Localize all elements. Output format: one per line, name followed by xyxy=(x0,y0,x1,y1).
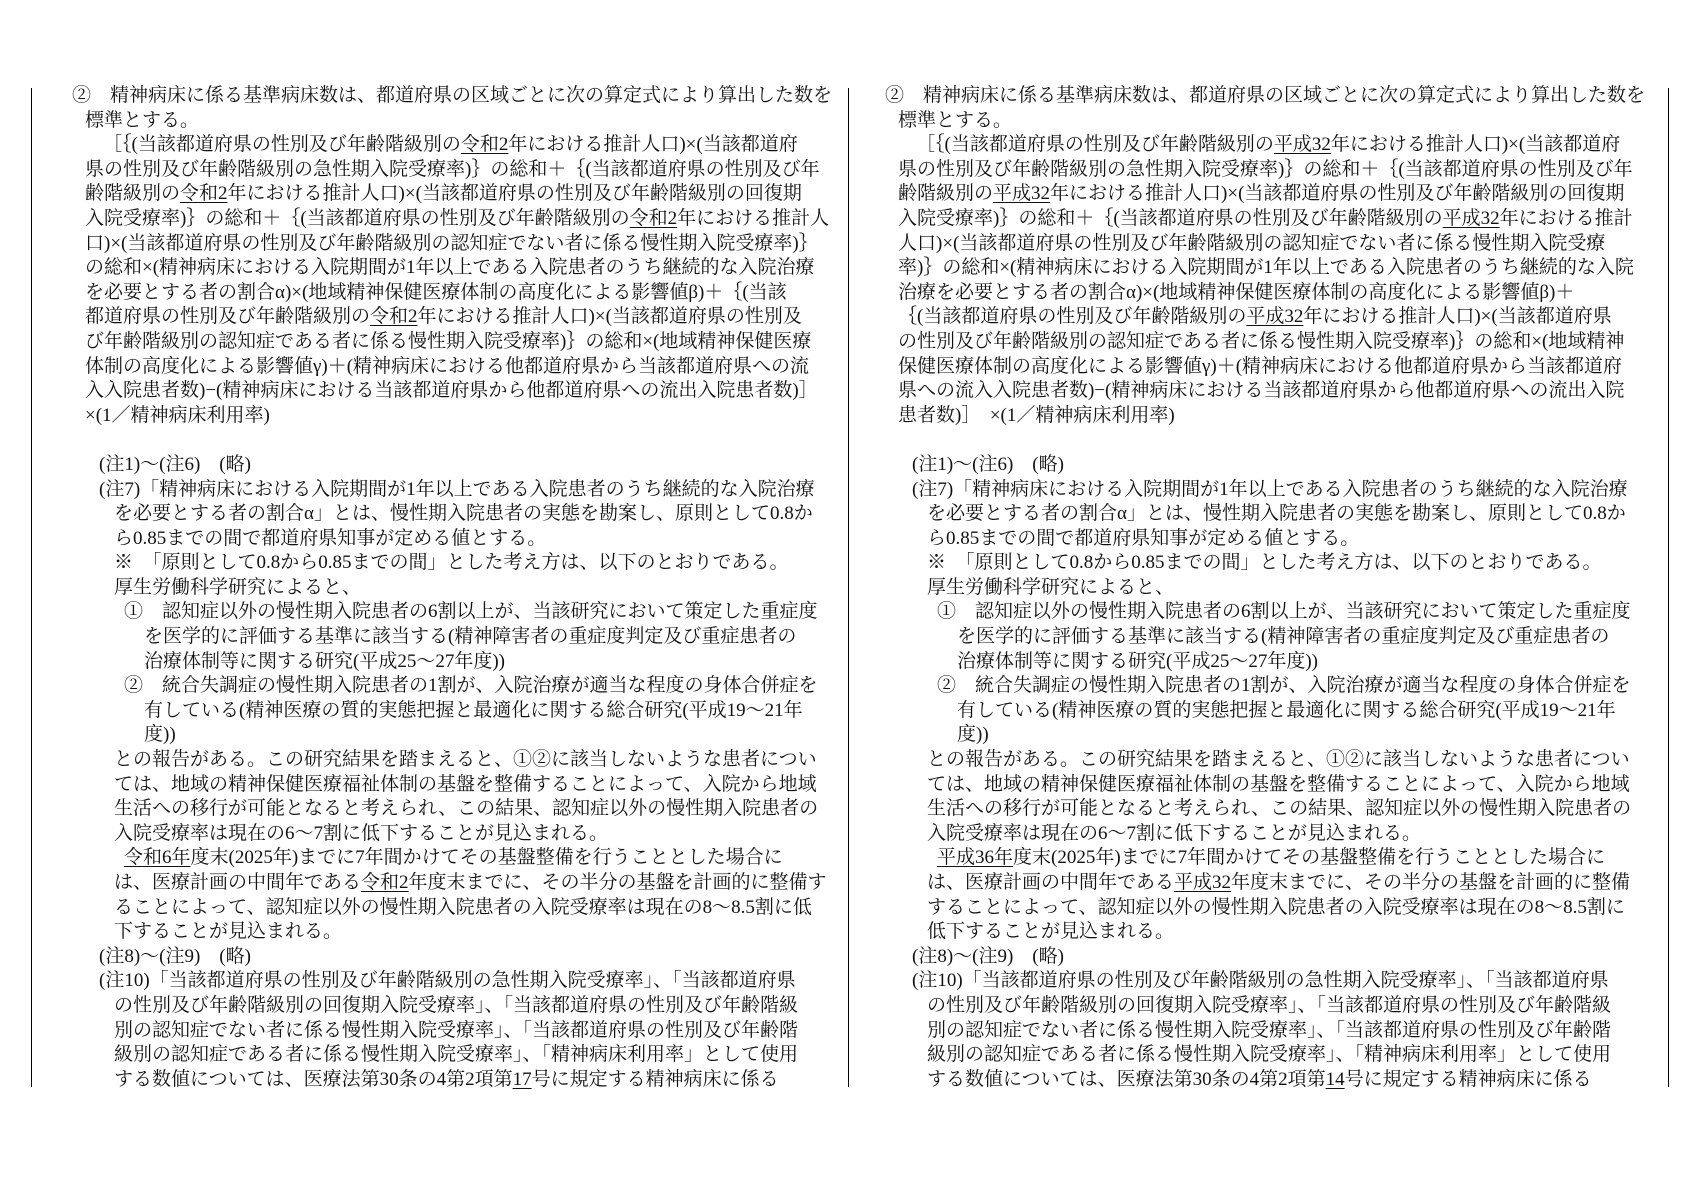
text-line: (注10)「当該都道府県の性別及び年齢階級別の急性期入院受療率」、「当該都道府県 xyxy=(912,969,1661,994)
text-run: 県の性別及び年齢階級別の急性期入院受療率)｝の総和＋｛(当該都道府県の性別及び年 xyxy=(85,159,820,180)
text-run: 生活への移行が可能となると考えられ、この結果、認知症以外の慢性期入院患者の xyxy=(114,798,818,819)
text-line: 治療体制等に関する研究(平成25～27年度)) xyxy=(957,650,1661,675)
text-line: 下することが見込まれる。 xyxy=(114,920,848,945)
text-run: を必要とする者の割合α」とは、慢性期入院患者の実態を勘案し、原則として0.8か xyxy=(927,503,1626,524)
text-line: を必要とする者の割合α」とは、慢性期入院患者の実態を勘案し、原則として0.8か xyxy=(927,502,1661,527)
changed-text: 平成32 xyxy=(1443,208,1500,229)
text-run: ｛(当該都道府県の性別及び年齢階級別の xyxy=(898,306,1246,327)
text-run: (注10)「当該都道府県の性別及び年齢階級別の急性期入院受療率」、「当該都道府県 xyxy=(912,970,1609,991)
text-run: ら0.85までの間で都道府県知事が定める値とする。 xyxy=(114,528,546,549)
text-run: ② 精神病床に係る基準病床数は、都道府県の区域ごとに次の算定式により算出した数を xyxy=(885,85,1645,106)
text-line: 患者数)］ ×(1／精神病床利用率) xyxy=(898,404,1661,429)
text-line: ｛(当該都道府県の性別及び年齢階級別の平成32年における推計人口)×(当該都道府… xyxy=(898,305,1661,330)
text-line: ［｛(当該都道府県の性別及び年齢階級別の令和2年における推計人口)×(当該都道府 xyxy=(103,133,848,158)
text-line: 齢階級別の平成32年における推計人口)×(当該都道府県の性別及び年齢階級別の回復… xyxy=(898,182,1661,207)
text-run: 度末(2025年)までに7年間かけてその基盤整備を行うこととした場合に xyxy=(191,847,783,868)
text-run: 治療体制等に関する研究(平成25～27年度)) xyxy=(144,651,505,672)
text-run: 年度末までに、その半分の基盤を計画的に整備 xyxy=(1231,872,1630,893)
changed-text: 令和2 xyxy=(630,208,678,229)
text-line: 体制の高度化による影響値γ)＋(精神病床における他都道府県から当該都道府県への流 xyxy=(85,355,848,380)
text-line: (注8)～(注9) (略) xyxy=(99,945,848,970)
text-line: 平成36年度末(2025年)までに7年間かけてその基盤整備を行うこととした場合に xyxy=(937,846,1661,871)
text-run: 齢階級別の xyxy=(85,183,180,204)
text-line: ら0.85までの間で都道府県知事が定める値とする。 xyxy=(114,527,848,552)
text-run: 低下することが見込まれる。 xyxy=(927,921,1174,942)
text-line: 級別の認知症である者に係る慢性期入院受療率」、「精神病床利用率」として使用 xyxy=(927,1043,1661,1068)
text-line: 低下することが見込まれる。 xyxy=(927,920,1661,945)
text-line: ① 認知症以外の慢性期入院患者の6割以上が、当該研究において策定した重症度 xyxy=(937,600,1661,625)
text-line: 齢階級別の令和2年における推計人口)×(当該都道府県の性別及び年齢階級別の回復期 xyxy=(85,182,848,207)
text-line: する数値については、医療法第30条の4第2項第17号に規定する精神病床に係る xyxy=(114,1068,848,1093)
text-line: の性別及び年齢階級別の認知症である者に係る慢性期入院受療率)｝の総和×(地域精神 xyxy=(898,330,1661,355)
text-line: の性別及び年齢階級別の回復期入院受療率」、「当該都道府県の性別及び年齢階級 xyxy=(927,994,1661,1019)
text-line: 生活への移行が可能となると考えられ、この結果、認知症以外の慢性期入院患者の xyxy=(927,797,1661,822)
text-run: 率)｝の総和×(精神病床における入院期間が1年以上である入院患者のうち継続的な入… xyxy=(898,257,1634,278)
text-run: ［｛(当該都道府県の性別及び年齢階級別の xyxy=(103,134,461,155)
text-run: 県の性別及び年齢階級別の急性期入院受療率)｝の総和＋｛(当該都道府県の性別及び年 xyxy=(898,159,1633,180)
text-line: する数値については、医療法第30条の4第2項第14号に規定する精神病床に係る xyxy=(927,1068,1661,1093)
text-run: (注10)「当該都道府県の性別及び年齢階級別の急性期入院受療率」、「当該都道府県 xyxy=(99,970,796,991)
changed-text: 14 xyxy=(1326,1069,1345,1090)
changed-text: 令和2 xyxy=(461,134,509,155)
text-run: 口)×(当該都道府県の性別及び年齢階級別の認知症でない者に係る慢性期入院受療率)… xyxy=(85,233,818,254)
text-line: 人口)×(当該都道府県の性別及び年齢階級別の認知症でない者に係る慢性期入院受療 xyxy=(898,232,1661,257)
text-run: 年度末までに、その半分の基盤を計画的に整備す xyxy=(409,872,827,893)
text-line: 別の認知症でない者に係る慢性期入院受療率」、「当該都道府県の性別及び年齢階 xyxy=(114,1019,848,1044)
text-line: 厚生労働科学研究によると、 xyxy=(114,576,848,601)
text-line: (注10)「当該都道府県の性別及び年齢階級別の急性期入院受療率」、「当該都道府県 xyxy=(99,969,848,994)
text-run: 有している(精神医療の質的実態把握と最適化に関する総合研究(平成19～21年 xyxy=(957,700,1616,721)
text-line: 別の認知症でない者に係る慢性期入院受療率」、「当該都道府県の性別及び年齢階 xyxy=(927,1019,1661,1044)
text-line: ［｛(当該都道府県の性別及び年齢階級別の平成32年における推計人口)×(当該都道… xyxy=(916,133,1661,158)
text-line: の総和×(精神病床における入院期間が1年以上である入院患者のうち継続的な入院治療 xyxy=(85,256,848,281)
text-run: 有している(精神医療の質的実態把握と最適化に関する総合研究(平成19～21年 xyxy=(144,700,803,721)
text-run: 年における推計人口)×(当該都道府県の性別及び年齢階級別の回復期 xyxy=(1050,183,1624,204)
text-run: 度末(2025年)までに7年間かけてその基盤整備を行うこととした場合に xyxy=(1013,847,1605,868)
changed-text: 17 xyxy=(513,1069,532,1090)
text-line: ることによって、認知症以外の慢性期入院患者の入院受療率は現在の8～8.5割に低 xyxy=(114,896,848,921)
text-run: 年における推計人口)×(当該都道府県の性別及び年齢階級別の回復期 xyxy=(228,183,802,204)
text-line: (注7)「精神病床における入院期間が1年以上である入院患者のうち継続的な入院治療 xyxy=(99,478,848,503)
text-run: 厚生労働科学研究によると、 xyxy=(927,577,1174,598)
text-line: 生活への移行が可能となると考えられ、この結果、認知症以外の慢性期入院患者の xyxy=(114,797,848,822)
text-line: (注7)「精神病床における入院期間が1年以上である入院患者のうち継続的な入院治療 xyxy=(912,478,1661,503)
document-page: ② 精神病床に係る基準病床数は、都道府県の区域ごとに次の算定式により算出した数を… xyxy=(0,0,1695,1181)
text-run: 生活への移行が可能となると考えられ、この結果、認知症以外の慢性期入院患者の xyxy=(927,798,1631,819)
text-run: (注7)「精神病床における入院期間が1年以上である入院患者のうち継続的な入院治療 xyxy=(912,479,1628,500)
text-run: 都道府県の性別及び年齢階級別の xyxy=(85,306,370,327)
text-line: 令和6年度末(2025年)までに7年間かけてその基盤整備を行うこととした場合に xyxy=(124,846,848,871)
text-run: 入院受療率は現在の6～7割に低下することが見込まれる。 xyxy=(927,823,1421,844)
text-run: を医学的に評価する基準に該当する(精神障害者の重症度判定及び重症患者の xyxy=(144,626,796,647)
changed-text: 令和6年 xyxy=(124,847,191,868)
text-line: を医学的に評価する基準に該当する(精神障害者の重症度判定及び重症患者の xyxy=(144,625,848,650)
text-run: の性別及び年齢階級別の認知症である者に係る慢性期入院受療率)｝の総和×(地域精神 xyxy=(898,331,1624,352)
text-run: することによって、認知症以外の慢性期入院患者の入院受療率は現在の8～8.5割に xyxy=(927,897,1625,918)
text-line: ② 精神病床に係る基準病床数は、都道府県の区域ごとに次の算定式により算出した数を xyxy=(72,84,848,109)
text-run: 保健医療体制の高度化による影響値γ)＋(精神病床における他都道府県から当該都道府 xyxy=(898,356,1622,377)
text-line: 有している(精神医療の質的実態把握と最適化に関する総合研究(平成19～21年 xyxy=(144,699,848,724)
column-right: ② 精神病床に係る基準病床数は、都道府県の区域ごとに次の算定式により算出した数を… xyxy=(885,84,1661,1092)
text-line: 治療体制等に関する研究(平成25～27年度)) xyxy=(144,650,848,675)
text-run: を必要とする者の割合α)×(地域精神保健医療体制の高度化による影響値β)＋｛(当… xyxy=(85,282,787,303)
table-border-left xyxy=(31,88,32,1087)
text-line: 率)｝の総和×(精神病床における入院期間が1年以上である入院患者のうち継続的な入… xyxy=(898,256,1661,281)
text-run: 年における推計人口)×(当該都道府県の性別及 xyxy=(418,306,802,327)
text-run: ら0.85までの間で都道府県知事が定める値とする。 xyxy=(927,528,1359,549)
text-run: ※ 「原則として0.8から0.85までの間」とした考え方は、以下のとおりである。 xyxy=(114,552,789,573)
text-run: び年齢階級別の認知症である者に係る慢性期入院受療率)｝の総和×(地域精神保健医療 xyxy=(85,331,811,352)
text-run: 県への流入入院患者数)−(精神病床における当該都道府県から他都道府県への流出入院 xyxy=(898,380,1624,401)
text-run: 級別の認知症である者に係る慢性期入院受療率」、「精神病床利用率」として使用 xyxy=(114,1044,798,1065)
text-run: 入院受療率は現在の6～7割に低下することが見込まれる。 xyxy=(114,823,608,844)
text-run: 号に規定する精神病床に係る xyxy=(1345,1069,1592,1090)
text-run: 治療体制等に関する研究(平成25～27年度)) xyxy=(957,651,1318,672)
text-line: 入入院患者数)−(精神病床における当該都道府県から他都道府県への流出入院患者数)… xyxy=(85,379,848,404)
changed-text: 平成36年 xyxy=(937,847,1013,868)
changed-text: 平成32 xyxy=(1174,872,1231,893)
text-run: する数値については、医療法第30条の4第2項第 xyxy=(114,1069,513,1090)
text-run: 人口)×(当該都道府県の性別及び年齢階級別の認知症でない者に係る慢性期入院受療 xyxy=(898,233,1605,254)
text-run: 下することが見込まれる。 xyxy=(114,921,342,942)
text-line: 有している(精神医療の質的実態把握と最適化に関する総合研究(平成19～21年 xyxy=(957,699,1661,724)
table-border-right xyxy=(1668,88,1669,1087)
text-run: 度)) xyxy=(144,724,176,745)
text-line: を必要とする者の割合α)×(地域精神保健医療体制の高度化による影響値β)＋｛(当… xyxy=(85,281,848,306)
text-line: (注8)～(注9) (略) xyxy=(912,945,1661,970)
text-run: ることによって、認知症以外の慢性期入院患者の入院受療率は現在の8～8.5割に低 xyxy=(114,897,812,918)
text-line: 保健医療体制の高度化による影響値γ)＋(精神病床における他都道府県から当該都道府 xyxy=(898,355,1661,380)
text-run: 厚生労働科学研究によると、 xyxy=(114,577,361,598)
text-line: することによって、認知症以外の慢性期入院患者の入院受療率は現在の8～8.5割に xyxy=(927,896,1661,921)
text-line: ては、地域の精神保健医療福祉体制の基盤を整備することによって、入院から地域 xyxy=(927,773,1661,798)
blank-line xyxy=(898,428,1661,453)
text-line: ② 統合失調症の慢性期入院患者の1割が、入院治療が適当な程度の身体合併症を xyxy=(937,674,1661,699)
text-line: ② 統合失調症の慢性期入院患者の1割が、入院治療が適当な程度の身体合併症を xyxy=(124,674,848,699)
text-run: 標準とする。 xyxy=(898,110,1012,131)
text-run: (注1)～(注6) (略) xyxy=(912,454,1064,475)
text-line: ※ 「原則として0.8から0.85までの間」とした考え方は、以下のとおりである。 xyxy=(114,551,848,576)
text-run: ② 統合失調症の慢性期入院患者の1割が、入院治療が適当な程度の身体合併症を xyxy=(937,675,1631,696)
text-line: 入院受療率は現在の6～7割に低下することが見込まれる。 xyxy=(927,822,1661,847)
text-run: ［｛(当該都道府県の性別及び年齢階級別の xyxy=(916,134,1274,155)
column-divider xyxy=(848,88,849,1087)
text-run: 別の認知症でない者に係る慢性期入院受療率」、「当該都道府県の性別及び年齢階 xyxy=(114,1020,798,1041)
text-line: ら0.85までの間で都道府県知事が定める値とする。 xyxy=(927,527,1661,552)
text-line: (注1)～(注6) (略) xyxy=(912,453,1661,478)
text-run: の性別及び年齢階級別の回復期入院受療率」、「当該都道府県の性別及び年齢階級 xyxy=(927,995,1611,1016)
changed-text: 令和2 xyxy=(370,306,418,327)
changed-text: 平成32 xyxy=(1274,134,1331,155)
text-run: 年における推計人口)×(当該都道府 xyxy=(508,134,797,155)
text-line: ※ 「原則として0.8から0.85までの間」とした考え方は、以下のとおりである。 xyxy=(927,551,1661,576)
text-run: (注1)～(注6) (略) xyxy=(99,454,251,475)
text-run: 治療を必要とする者の割合α)×(地域精神保健医療体制の高度化による影響値β)＋ xyxy=(898,282,1574,303)
text-line: ② 精神病床に係る基準病床数は、都道府県の区域ごとに次の算定式により算出した数を xyxy=(885,84,1661,109)
text-line: を医学的に評価する基準に該当する(精神障害者の重症度判定及び重症患者の xyxy=(957,625,1661,650)
text-run: との報告がある。この研究結果を踏まえると、①②に該当しないような患者につい xyxy=(114,749,817,770)
text-run: ① 認知症以外の慢性期入院患者の6割以上が、当該研究において策定した重症度 xyxy=(124,601,818,622)
text-line: 治療を必要とする者の割合α)×(地域精神保健医療体制の高度化による影響値β)＋ xyxy=(898,281,1661,306)
text-line: 厚生労働科学研究によると、 xyxy=(927,576,1661,601)
text-run: (注7)「精神病床における入院期間が1年以上である入院患者のうち継続的な入院治療 xyxy=(99,479,815,500)
text-line: の性別及び年齢階級別の回復期入院受療率」、「当該都道府県の性別及び年齢階級 xyxy=(114,994,848,1019)
text-run: 別の認知症でない者に係る慢性期入院受療率」、「当該都道府県の性別及び年齢階 xyxy=(927,1020,1611,1041)
text-run: (注8)～(注9) (略) xyxy=(99,946,251,967)
text-run: 齢階級別の xyxy=(898,183,993,204)
text-run: の総和×(精神病床における入院期間が1年以上である入院患者のうち継続的な入院治療 xyxy=(85,257,815,278)
changed-text: 令和2 xyxy=(180,183,228,204)
text-run: 年における推計人口)×(当該都道府 xyxy=(1331,134,1620,155)
text-run: 年における推計人 xyxy=(677,208,829,229)
text-line: 県への流入入院患者数)−(精神病床における当該都道府県から他都道府県への流出入院 xyxy=(898,379,1661,404)
text-line: び年齢階級別の認知症である者に係る慢性期入院受療率)｝の総和×(地域精神保健医療 xyxy=(85,330,848,355)
text-line: 度)) xyxy=(957,723,1661,748)
text-run: の性別及び年齢階級別の回復期入院受療率」、「当該都道府県の性別及び年齢階級 xyxy=(114,995,798,1016)
text-run: ては、地域の精神保健医療福祉体制の基盤を整備することによって、入院から地域 xyxy=(114,774,817,795)
text-line: 入院受療率)｝の総和＋｛(当該都道府県の性別及び年齢階級別の平成32年における推… xyxy=(898,207,1661,232)
text-line: 都道府県の性別及び年齢階級別の令和2年における推計人口)×(当該都道府県の性別及 xyxy=(85,305,848,330)
text-line: 入院受療率)｝の総和＋｛(当該都道府県の性別及び年齢階級別の令和2年における推計… xyxy=(85,207,848,232)
text-line: (注1)～(注6) (略) xyxy=(99,453,848,478)
text-run: 入入院患者数)−(精神病床における当該都道府県から他都道府県への流出入院患者数)… xyxy=(85,380,818,401)
text-run: 入院受療率)｝の総和＋｛(当該都道府県の性別及び年齢階級別の xyxy=(898,208,1443,229)
text-run: 年における推計 xyxy=(1500,208,1633,229)
text-line: との報告がある。この研究結果を踏まえると、①②に該当しないような患者につい xyxy=(114,748,848,773)
text-run: ※ 「原則として0.8から0.85までの間」とした考え方は、以下のとおりである。 xyxy=(927,552,1602,573)
text-line: 入院受療率は現在の6～7割に低下することが見込まれる。 xyxy=(114,822,848,847)
text-run: (注8)～(注9) (略) xyxy=(912,946,1064,967)
text-run: 入院受療率)｝の総和＋｛(当該都道府県の性別及び年齢階級別の xyxy=(85,208,630,229)
text-run: を必要とする者の割合α」とは、慢性期入院患者の実態を勘案し、原則として0.8か xyxy=(114,503,813,524)
text-line: を必要とする者の割合α」とは、慢性期入院患者の実態を勘案し、原則として0.8か xyxy=(114,502,848,527)
changed-text: 平成32 xyxy=(993,183,1050,204)
text-run: 号に規定する精神病床に係る xyxy=(532,1069,779,1090)
text-run: ×(1／精神病床利用率) xyxy=(85,405,270,426)
text-run: 患者数)］ ×(1／精神病床利用率) xyxy=(898,405,1175,426)
text-run: は、医療計画の中間年である xyxy=(927,872,1174,893)
text-line: は、医療計画の中間年である平成32年度末までに、その半分の基盤を計画的に整備 xyxy=(927,871,1661,896)
changed-text: 令和2 xyxy=(361,872,409,893)
text-run: 級別の認知症である者に係る慢性期入院受療率」、「精神病床利用率」として使用 xyxy=(927,1044,1611,1065)
text-run: との報告がある。この研究結果を踏まえると、①②に該当しないような患者につい xyxy=(927,749,1630,770)
text-line: 標準とする。 xyxy=(85,109,848,134)
text-run: 標準とする。 xyxy=(85,110,199,131)
text-run: ② 精神病床に係る基準病床数は、都道府県の区域ごとに次の算定式により算出した数を xyxy=(72,85,832,106)
text-line: 県の性別及び年齢階級別の急性期入院受療率)｝の総和＋｛(当該都道府県の性別及び年 xyxy=(85,158,848,183)
text-line: 度)) xyxy=(144,723,848,748)
text-line: は、医療計画の中間年である令和2年度末までに、その半分の基盤を計画的に整備す xyxy=(114,871,848,896)
text-run: ては、地域の精神保健医療福祉体制の基盤を整備することによって、入院から地域 xyxy=(927,774,1630,795)
text-line: 県の性別及び年齢階級別の急性期入院受療率)｝の総和＋｛(当該都道府県の性別及び年 xyxy=(898,158,1661,183)
text-line: ×(1／精神病床利用率) xyxy=(85,404,848,429)
blank-line xyxy=(85,428,848,453)
text-run: ② 統合失調症の慢性期入院患者の1割が、入院治療が適当な程度の身体合併症を xyxy=(124,675,818,696)
text-run: 度)) xyxy=(957,724,989,745)
text-line: との報告がある。この研究結果を踏まえると、①②に該当しないような患者につい xyxy=(927,748,1661,773)
text-run: 年における推計人口)×(当該都道府県 xyxy=(1303,306,1611,327)
text-line: 級別の認知症である者に係る慢性期入院受療率」、「精神病床利用率」として使用 xyxy=(114,1043,848,1068)
text-line: 標準とする。 xyxy=(898,109,1661,134)
text-run: 体制の高度化による影響値γ)＋(精神病床における他都道府県から当該都道府県への流 xyxy=(85,356,809,377)
text-line: ① 認知症以外の慢性期入院患者の6割以上が、当該研究において策定した重症度 xyxy=(124,600,848,625)
text-run: は、医療計画の中間年である xyxy=(114,872,361,893)
text-run: ① 認知症以外の慢性期入院患者の6割以上が、当該研究において策定した重症度 xyxy=(937,601,1631,622)
text-line: 口)×(当該都道府県の性別及び年齢階級別の認知症でない者に係る慢性期入院受療率)… xyxy=(85,232,848,257)
text-run: する数値については、医療法第30条の4第2項第 xyxy=(927,1069,1326,1090)
changed-text: 平成32 xyxy=(1246,306,1303,327)
text-run: を医学的に評価する基準に該当する(精神障害者の重症度判定及び重症患者の xyxy=(957,626,1609,647)
text-line: ては、地域の精神保健医療福祉体制の基盤を整備することによって、入院から地域 xyxy=(114,773,848,798)
column-left: ② 精神病床に係る基準病床数は、都道府県の区域ごとに次の算定式により算出した数を… xyxy=(72,84,848,1092)
